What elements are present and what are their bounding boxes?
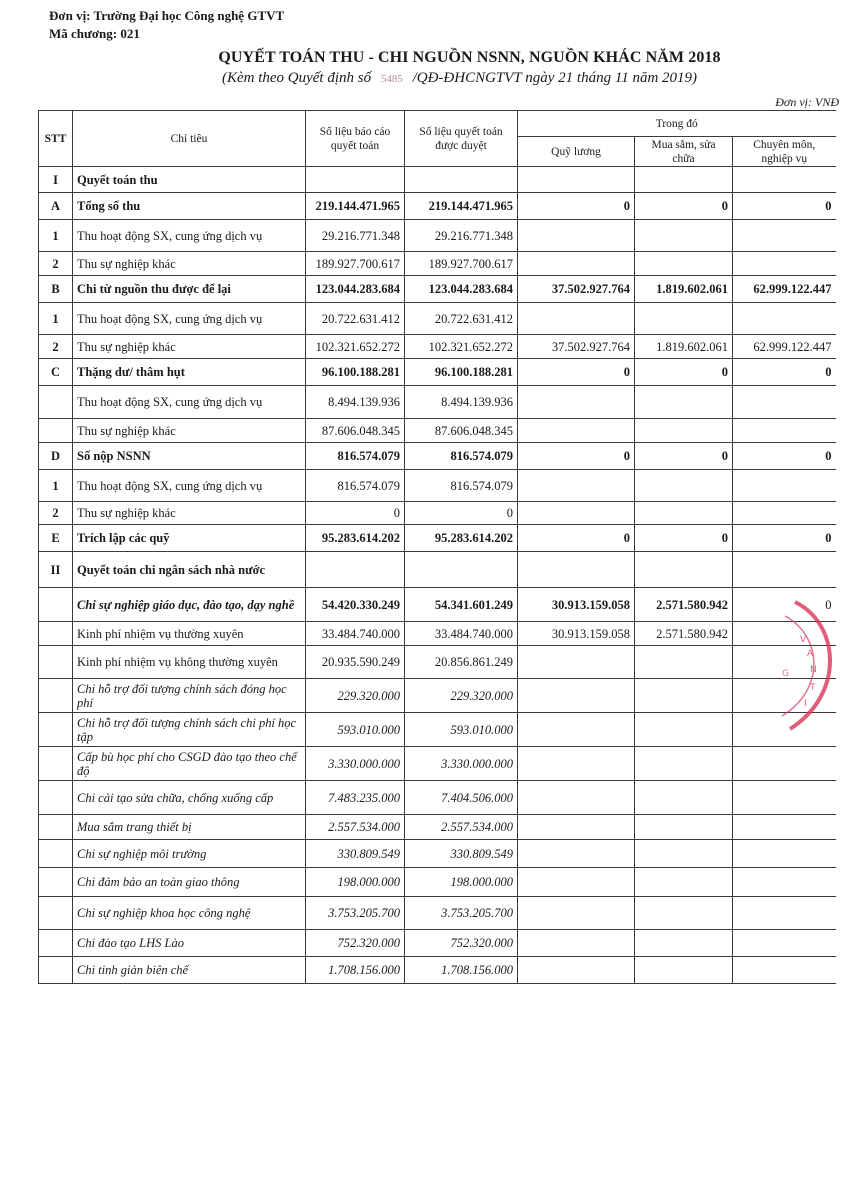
row-professional — [733, 679, 836, 713]
row-professional — [733, 622, 836, 646]
settlement-table: STT Chỉ tiêu Số liệu báo cáo quyết toán … — [38, 110, 836, 984]
row-professional — [733, 646, 836, 679]
row-purchase: 0 — [635, 525, 733, 552]
row-name: Mua sắm trang thiết bị — [73, 815, 306, 840]
row-approved: 1.708.156.000 — [405, 957, 518, 984]
row-reported: 229.320.000 — [306, 679, 405, 713]
row-approved: 20.722.631.412 — [405, 303, 518, 335]
row-purchase — [635, 815, 733, 840]
table-row: Chi sự nghiệp giáo dục, đào tạo, dạy ngh… — [39, 588, 836, 622]
row-approved: 229.320.000 — [405, 679, 518, 713]
row-professional — [733, 957, 836, 984]
row-professional — [733, 930, 836, 957]
header-group: Trong đó — [518, 111, 836, 137]
row-professional — [733, 303, 836, 335]
row-approved: 219.144.471.965 — [405, 193, 518, 220]
row-salary — [518, 252, 635, 276]
row-professional — [733, 167, 836, 193]
table-row: Chi đào tạo LHS Lào752.320.000752.320.00… — [39, 930, 836, 957]
row-approved: 54.341.601.249 — [405, 588, 518, 622]
row-purchase: 1.819.602.061 — [635, 335, 733, 359]
row-professional — [733, 747, 836, 781]
row-purchase: 2.571.580.942 — [635, 622, 733, 646]
row-name: Chi sự nghiệp giáo dục, đào tạo, dạy ngh… — [73, 588, 306, 622]
row-reported: 3.753.205.700 — [306, 897, 405, 930]
row-reported: 54.420.330.249 — [306, 588, 405, 622]
row-name: Thu sự nghiệp khác — [73, 252, 306, 276]
table-row: Chi tinh giản biên chế1.708.156.0001.708… — [39, 957, 836, 984]
row-salary — [518, 957, 635, 984]
row-purchase: 1.819.602.061 — [635, 276, 733, 303]
row-reported: 2.557.534.000 — [306, 815, 405, 840]
row-name: Chi đảm bảo an toàn giao thông — [73, 868, 306, 897]
table-row: Chi đảm bảo an toàn giao thông198.000.00… — [39, 868, 836, 897]
row-professional — [733, 815, 836, 840]
row-purchase — [635, 502, 733, 525]
row-purchase — [635, 897, 733, 930]
row-salary: 0 — [518, 525, 635, 552]
row-name: Chi từ nguồn thu được để lại — [73, 276, 306, 303]
row-salary — [518, 470, 635, 502]
row-stt: 2 — [39, 502, 73, 525]
row-approved: 87.606.048.345 — [405, 419, 518, 443]
row-stt: B — [39, 276, 73, 303]
row-professional — [733, 552, 836, 588]
row-stt — [39, 868, 73, 897]
row-stt: D — [39, 443, 73, 470]
table-row: 1Thu hoạt động SX, cung ứng dịch vụ816.5… — [39, 470, 836, 502]
row-name: Chi tinh giản biên chế — [73, 957, 306, 984]
table-row: 2Thu sự nghiệp khác189.927.700.617189.92… — [39, 252, 836, 276]
row-stt: C — [39, 359, 73, 386]
row-reported — [306, 552, 405, 588]
row-professional — [733, 868, 836, 897]
row-salary: 30.913.159.058 — [518, 588, 635, 622]
row-reported: 593.010.000 — [306, 713, 405, 747]
row-reported: 816.574.079 — [306, 443, 405, 470]
row-reported: 189.927.700.617 — [306, 252, 405, 276]
row-reported: 330.809.549 — [306, 840, 405, 868]
row-salary: 37.502.927.764 — [518, 276, 635, 303]
row-name: Thu hoạt động SX, cung ứng dịch vụ — [73, 303, 306, 335]
row-salary — [518, 713, 635, 747]
row-purchase: 0 — [635, 443, 733, 470]
table-row: 1Thu hoạt động SX, cung ứng dịch vụ20.72… — [39, 303, 836, 335]
row-approved: 198.000.000 — [405, 868, 518, 897]
row-approved: 20.856.861.249 — [405, 646, 518, 679]
row-approved: 593.010.000 — [405, 713, 518, 747]
row-purchase — [635, 167, 733, 193]
row-reported — [306, 167, 405, 193]
row-stt: I — [39, 167, 73, 193]
row-salary: 0 — [518, 443, 635, 470]
table-row: Cấp bù học phí cho CSGD đào tạo theo chế… — [39, 747, 836, 781]
table-row: DSố nộp NSNN816.574.079816.574.079000 — [39, 443, 836, 470]
row-approved: 752.320.000 — [405, 930, 518, 957]
chapter-code: Mã chương: 021 — [49, 26, 140, 42]
row-approved: 3.330.000.000 — [405, 747, 518, 781]
row-professional — [733, 897, 836, 930]
table-row: Chi sự nghiệp môi trường330.809.549330.8… — [39, 840, 836, 868]
table-row: Chi sự nghiệp khoa học công nghệ3.753.20… — [39, 897, 836, 930]
row-salary — [518, 897, 635, 930]
row-professional — [733, 781, 836, 815]
row-approved: 189.927.700.617 — [405, 252, 518, 276]
row-name: Quyết toán chi ngân sách nhà nước — [73, 552, 306, 588]
row-salary: 0 — [518, 193, 635, 220]
row-professional: 0 — [733, 525, 836, 552]
table-row: ETrích lập các quỹ95.283.614.20295.283.6… — [39, 525, 836, 552]
row-purchase — [635, 747, 733, 781]
row-name: Chi sự nghiệp môi trường — [73, 840, 306, 868]
row-salary — [518, 303, 635, 335]
table-row: 2Thu sự nghiệp khác00 — [39, 502, 836, 525]
row-name: Thu hoạt động SX, cung ứng dịch vụ — [73, 220, 306, 252]
row-salary — [518, 679, 635, 713]
row-professional — [733, 840, 836, 868]
table-row: Kinh phí nhiệm vụ thường xuyên33.484.740… — [39, 622, 836, 646]
row-salary — [518, 646, 635, 679]
row-reported: 198.000.000 — [306, 868, 405, 897]
row-stt: 1 — [39, 220, 73, 252]
document-title: QUYẾT TOÁN THU - CHI NGUỒN NSNN, NGUỒN K… — [0, 49, 849, 67]
row-approved: 95.283.614.202 — [405, 525, 518, 552]
table-row: Mua sắm trang thiết bị2.557.534.0002.557… — [39, 815, 836, 840]
row-stt — [39, 781, 73, 815]
row-salary — [518, 930, 635, 957]
row-salary: 30.913.159.058 — [518, 622, 635, 646]
row-name: Chi hỗ trợ đối tượng chính sách chi phí … — [73, 713, 306, 747]
row-approved: 7.404.506.000 — [405, 781, 518, 815]
handwritten-decision-number: 5485 — [375, 73, 409, 85]
row-salary — [518, 815, 635, 840]
row-reported: 102.321.652.272 — [306, 335, 405, 359]
row-professional: 0 — [733, 588, 836, 622]
row-stt — [39, 897, 73, 930]
row-stt: E — [39, 525, 73, 552]
table-row: Thu sự nghiệp khác87.606.048.34587.606.0… — [39, 419, 836, 443]
row-professional — [733, 713, 836, 747]
row-salary — [518, 167, 635, 193]
header-stt: STT — [39, 111, 73, 167]
table-row: IIQuyết toán chi ngân sách nhà nước — [39, 552, 836, 588]
row-name: Thu hoạt động SX, cung ứng dịch vụ — [73, 386, 306, 419]
row-reported: 123.044.283.684 — [306, 276, 405, 303]
header-professional: Chuyên môn, nghiệp vụ — [733, 137, 836, 167]
row-name: Số nộp NSNN — [73, 443, 306, 470]
row-reported: 0 — [306, 502, 405, 525]
row-professional: 0 — [733, 359, 836, 386]
row-approved: 3.753.205.700 — [405, 897, 518, 930]
row-reported: 816.574.079 — [306, 470, 405, 502]
row-reported: 3.330.000.000 — [306, 747, 405, 781]
row-purchase — [635, 868, 733, 897]
row-name: Thu sự nghiệp khác — [73, 419, 306, 443]
table-row: Chi hỗ trợ đối tượng chính sách chi phí … — [39, 713, 836, 747]
table-row: IQuyết toán thu — [39, 167, 836, 193]
row-approved: 29.216.771.348 — [405, 220, 518, 252]
row-salary: 37.502.927.764 — [518, 335, 635, 359]
row-name: Thu sự nghiệp khác — [73, 502, 306, 525]
row-purchase — [635, 303, 733, 335]
table-row: ATổng số thu219.144.471.965219.144.471.9… — [39, 193, 836, 220]
row-purchase — [635, 252, 733, 276]
row-purchase — [635, 419, 733, 443]
row-salary — [518, 552, 635, 588]
row-purchase — [635, 470, 733, 502]
row-professional: 62.999.122.447 — [733, 335, 836, 359]
row-name: Thu hoạt động SX, cung ứng dịch vụ — [73, 470, 306, 502]
row-name: Tổng số thu — [73, 193, 306, 220]
row-stt — [39, 588, 73, 622]
row-salary — [518, 840, 635, 868]
table-row: Chi hỗ trợ đối tượng chính sách đóng học… — [39, 679, 836, 713]
row-purchase — [635, 957, 733, 984]
row-stt: II — [39, 552, 73, 588]
row-purchase: 0 — [635, 359, 733, 386]
row-approved: 33.484.740.000 — [405, 622, 518, 646]
row-name: Kinh phí nhiệm vụ thường xuyên — [73, 622, 306, 646]
currency-unit: Đơn vị: VNĐ — [775, 95, 839, 110]
row-name: Thặng dư/ thâm hụt — [73, 359, 306, 386]
row-name: Cấp bù học phí cho CSGD đào tạo theo chế… — [73, 747, 306, 781]
table-row: 2Thu sự nghiệp khác102.321.652.272102.32… — [39, 335, 836, 359]
row-name: Chi cải tạo sửa chữa, chống xuống cấp — [73, 781, 306, 815]
row-professional — [733, 252, 836, 276]
row-stt — [39, 840, 73, 868]
row-professional — [733, 470, 836, 502]
row-salary — [518, 220, 635, 252]
row-name: Quyết toán thu — [73, 167, 306, 193]
row-approved: 96.100.188.281 — [405, 359, 518, 386]
row-salary — [518, 747, 635, 781]
row-stt — [39, 957, 73, 984]
row-reported: 20.722.631.412 — [306, 303, 405, 335]
row-stt — [39, 930, 73, 957]
row-reported: 219.144.471.965 — [306, 193, 405, 220]
row-reported: 20.935.590.249 — [306, 646, 405, 679]
row-reported: 7.483.235.000 — [306, 781, 405, 815]
row-professional — [733, 502, 836, 525]
row-salary — [518, 781, 635, 815]
table-row: CThặng dư/ thâm hụt96.100.188.28196.100.… — [39, 359, 836, 386]
row-purchase — [635, 552, 733, 588]
table-row: BChi từ nguồn thu được để lại123.044.283… — [39, 276, 836, 303]
row-stt — [39, 747, 73, 781]
row-purchase — [635, 220, 733, 252]
row-purchase — [635, 930, 733, 957]
header-reported: Số liệu báo cáo quyết toán — [306, 111, 405, 167]
row-professional — [733, 220, 836, 252]
row-name: Thu sự nghiệp khác — [73, 335, 306, 359]
table-body: IQuyết toán thuATổng số thu219.144.471.9… — [39, 167, 836, 984]
row-stt — [39, 713, 73, 747]
row-reported: 96.100.188.281 — [306, 359, 405, 386]
row-reported: 8.494.139.936 — [306, 386, 405, 419]
row-professional: 62.999.122.447 — [733, 276, 836, 303]
row-purchase — [635, 713, 733, 747]
subtitle-before: (Kèm theo Quyết định số — [222, 70, 375, 86]
row-salary — [518, 419, 635, 443]
row-reported: 33.484.740.000 — [306, 622, 405, 646]
row-name: Chi sự nghiệp khoa học công nghệ — [73, 897, 306, 930]
table-row: Thu hoạt động SX, cung ứng dịch vụ8.494.… — [39, 386, 836, 419]
row-approved: 0 — [405, 502, 518, 525]
row-approved: 330.809.549 — [405, 840, 518, 868]
row-stt: 1 — [39, 470, 73, 502]
row-salary — [518, 386, 635, 419]
row-approved: 2.557.534.000 — [405, 815, 518, 840]
header-name: Chỉ tiêu — [73, 111, 306, 167]
row-stt — [39, 815, 73, 840]
row-name: Trích lập các quỹ — [73, 525, 306, 552]
row-salary — [518, 502, 635, 525]
unit-name: Đơn vị: Trường Đại học Công nghệ GTVT — [49, 8, 284, 24]
row-purchase — [635, 386, 733, 419]
row-purchase: 2.571.580.942 — [635, 588, 733, 622]
row-approved — [405, 167, 518, 193]
row-purchase — [635, 646, 733, 679]
row-professional: 0 — [733, 193, 836, 220]
row-purchase — [635, 781, 733, 815]
row-stt: 2 — [39, 252, 73, 276]
row-salary — [518, 868, 635, 897]
row-reported: 752.320.000 — [306, 930, 405, 957]
row-purchase: 0 — [635, 193, 733, 220]
header-salary: Quỹ lương — [518, 137, 635, 167]
row-purchase — [635, 840, 733, 868]
row-name: Kinh phí nhiệm vụ không thường xuyên — [73, 646, 306, 679]
table-row: 1Thu hoạt động SX, cung ứng dịch vụ29.21… — [39, 220, 836, 252]
row-approved: 123.044.283.684 — [405, 276, 518, 303]
row-stt — [39, 646, 73, 679]
row-approved: 8.494.139.936 — [405, 386, 518, 419]
row-stt — [39, 419, 73, 443]
header-approved: Số liệu quyết toán được duyệt — [405, 111, 518, 167]
row-reported: 1.708.156.000 — [306, 957, 405, 984]
row-professional: 0 — [733, 443, 836, 470]
row-approved: 816.574.079 — [405, 443, 518, 470]
row-stt: 2 — [39, 335, 73, 359]
row-reported: 95.283.614.202 — [306, 525, 405, 552]
row-purchase — [635, 679, 733, 713]
row-name: Chi hỗ trợ đối tượng chính sách đóng học… — [73, 679, 306, 713]
row-reported: 87.606.048.345 — [306, 419, 405, 443]
row-stt — [39, 622, 73, 646]
row-approved: 102.321.652.272 — [405, 335, 518, 359]
row-approved: 816.574.079 — [405, 470, 518, 502]
row-stt — [39, 679, 73, 713]
row-name: Chi đào tạo LHS Lào — [73, 930, 306, 957]
document-subtitle: (Kèm theo Quyết định số 5485 /QĐ-ĐHCNGTV… — [0, 70, 849, 87]
row-approved — [405, 552, 518, 588]
row-stt: A — [39, 193, 73, 220]
row-professional — [733, 419, 836, 443]
header-purchase: Mua sắm, sửa chữa — [635, 137, 733, 167]
row-stt — [39, 386, 73, 419]
row-stt: 1 — [39, 303, 73, 335]
table-row: Chi cải tạo sửa chữa, chống xuống cấp7.4… — [39, 781, 836, 815]
row-professional — [733, 386, 836, 419]
subtitle-after: /QĐ-ĐHCNGTVT ngày 21 tháng 11 năm 2019) — [409, 70, 697, 86]
row-reported: 29.216.771.348 — [306, 220, 405, 252]
row-salary: 0 — [518, 359, 635, 386]
table-row: Kinh phí nhiệm vụ không thường xuyên20.9… — [39, 646, 836, 679]
